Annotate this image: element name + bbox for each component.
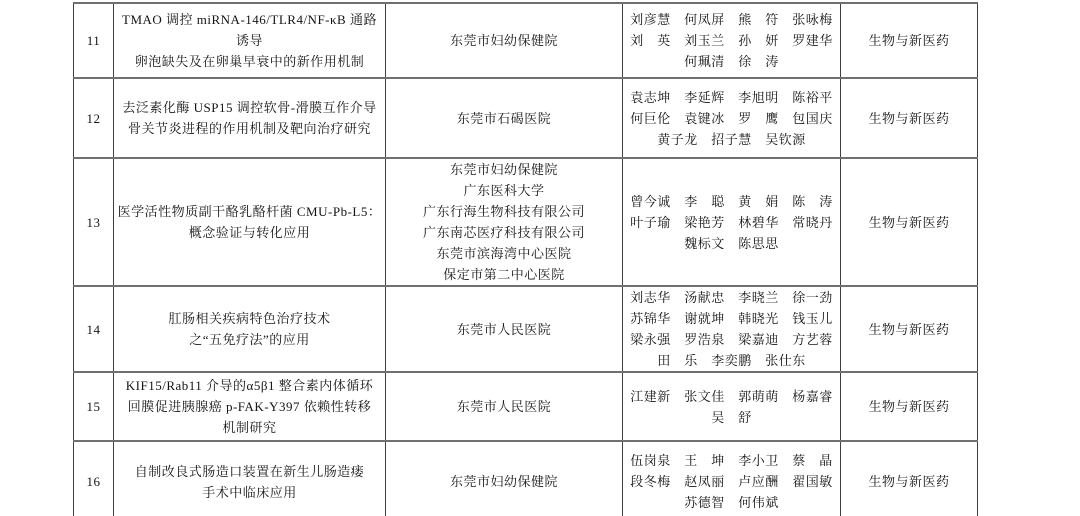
- category-label: 生物与新医药: [841, 286, 978, 372]
- team-members: 刘志华 汤献忠 李晓兰 徐一劲 苏锦华 谢就坤 韩晓光 钱玉儿 梁永强 罗浩泉 …: [623, 286, 841, 372]
- table-row: 15 KIF15/Rab11 介导的α5β1 整合素内体循环 回膜促进胰腺癌 p…: [74, 372, 978, 441]
- table-row: 12 去泛素化酶 USP15 调控软骨-滑膜互作介导 骨关节炎进程的作用机制及靶…: [74, 78, 978, 158]
- team-members: 江建新 张文佳 郭萌萌 杨嘉睿 吴 舒: [623, 372, 841, 441]
- team-members: 伍岗泉 王 坤 李小卫 蔡 晶 段冬梅 赵凤丽 卢应酬 翟国敏 苏德智 何伟斌: [623, 441, 841, 516]
- project-title: 肛肠相关疾病特色治疗技术 之“五免疗法”的应用: [114, 286, 386, 372]
- project-title: 去泛素化酶 USP15 调控软骨-滑膜互作介导 骨关节炎进程的作用机制及靶向治疗…: [114, 78, 386, 158]
- category-label: 生物与新医药: [841, 372, 978, 441]
- category-label: 生物与新医药: [841, 441, 978, 516]
- project-title: 自制改良式肠造口装置在新生儿肠造瘘 手术中临床应用: [114, 441, 386, 516]
- project-title: TMAO 调控 miRNA-146/TLR4/NF-κB 通路诱导 卵泡缺失及在…: [114, 3, 386, 78]
- row-number: 14: [74, 286, 114, 372]
- institution: 东莞市人民医院: [386, 286, 623, 372]
- row-number: 16: [74, 441, 114, 516]
- institution: 东莞市妇幼保健院: [386, 441, 623, 516]
- projects-table: 11 TMAO 调控 miRNA-146/TLR4/NF-κB 通路诱导 卵泡缺…: [73, 2, 978, 516]
- institution: 东莞市人民医院: [386, 372, 623, 441]
- team-members: 曾今诚 李 聪 黄 娟 陈 涛 叶子瑜 梁艳芳 林碧华 常晓丹 魏标文 陈思思: [623, 158, 841, 286]
- table-row: 16 自制改良式肠造口装置在新生儿肠造瘘 手术中临床应用 东莞市妇幼保健院 伍岗…: [74, 441, 978, 516]
- row-number: 12: [74, 78, 114, 158]
- category-label: 生物与新医药: [841, 3, 978, 78]
- row-number: 13: [74, 158, 114, 286]
- institution: 东莞市妇幼保健院 广东医科大学 广东行海生物科技有限公司 广东南芯医疗科技有限公…: [386, 158, 623, 286]
- institution: 东莞市石碣医院: [386, 78, 623, 158]
- project-title: KIF15/Rab11 介导的α5β1 整合素内体循环 回膜促进胰腺癌 p-FA…: [114, 372, 386, 441]
- category-label: 生物与新医药: [841, 78, 978, 158]
- team-members: 袁志坤 李延辉 李旭明 陈裕平 何巨伦 袁键冰 罗 鹰 包国庆 黄子龙 招子慧 …: [623, 78, 841, 158]
- team-members: 刘彦慧 何凤屏 熊 符 张咏梅 刘 英 刘玉兰 孙 妍 罗建华 何珮清 徐 涛: [623, 3, 841, 78]
- row-number: 15: [74, 372, 114, 441]
- project-title: 医学活性物质副干酪乳酪杆菌 CMU-Pb-L5： 概念验证与转化应用: [114, 158, 386, 286]
- table-row: 14 肛肠相关疾病特色治疗技术 之“五免疗法”的应用 东莞市人民医院 刘志华 汤…: [74, 286, 978, 372]
- document-page: 11 TMAO 调控 miRNA-146/TLR4/NF-κB 通路诱导 卵泡缺…: [0, 0, 1080, 516]
- row-number: 11: [74, 3, 114, 78]
- category-label: 生物与新医药: [841, 158, 978, 286]
- table-row: 11 TMAO 调控 miRNA-146/TLR4/NF-κB 通路诱导 卵泡缺…: [74, 3, 978, 78]
- institution: 东莞市妇幼保健院: [386, 3, 623, 78]
- table-row: 13 医学活性物质副干酪乳酪杆菌 CMU-Pb-L5： 概念验证与转化应用 东莞…: [74, 158, 978, 286]
